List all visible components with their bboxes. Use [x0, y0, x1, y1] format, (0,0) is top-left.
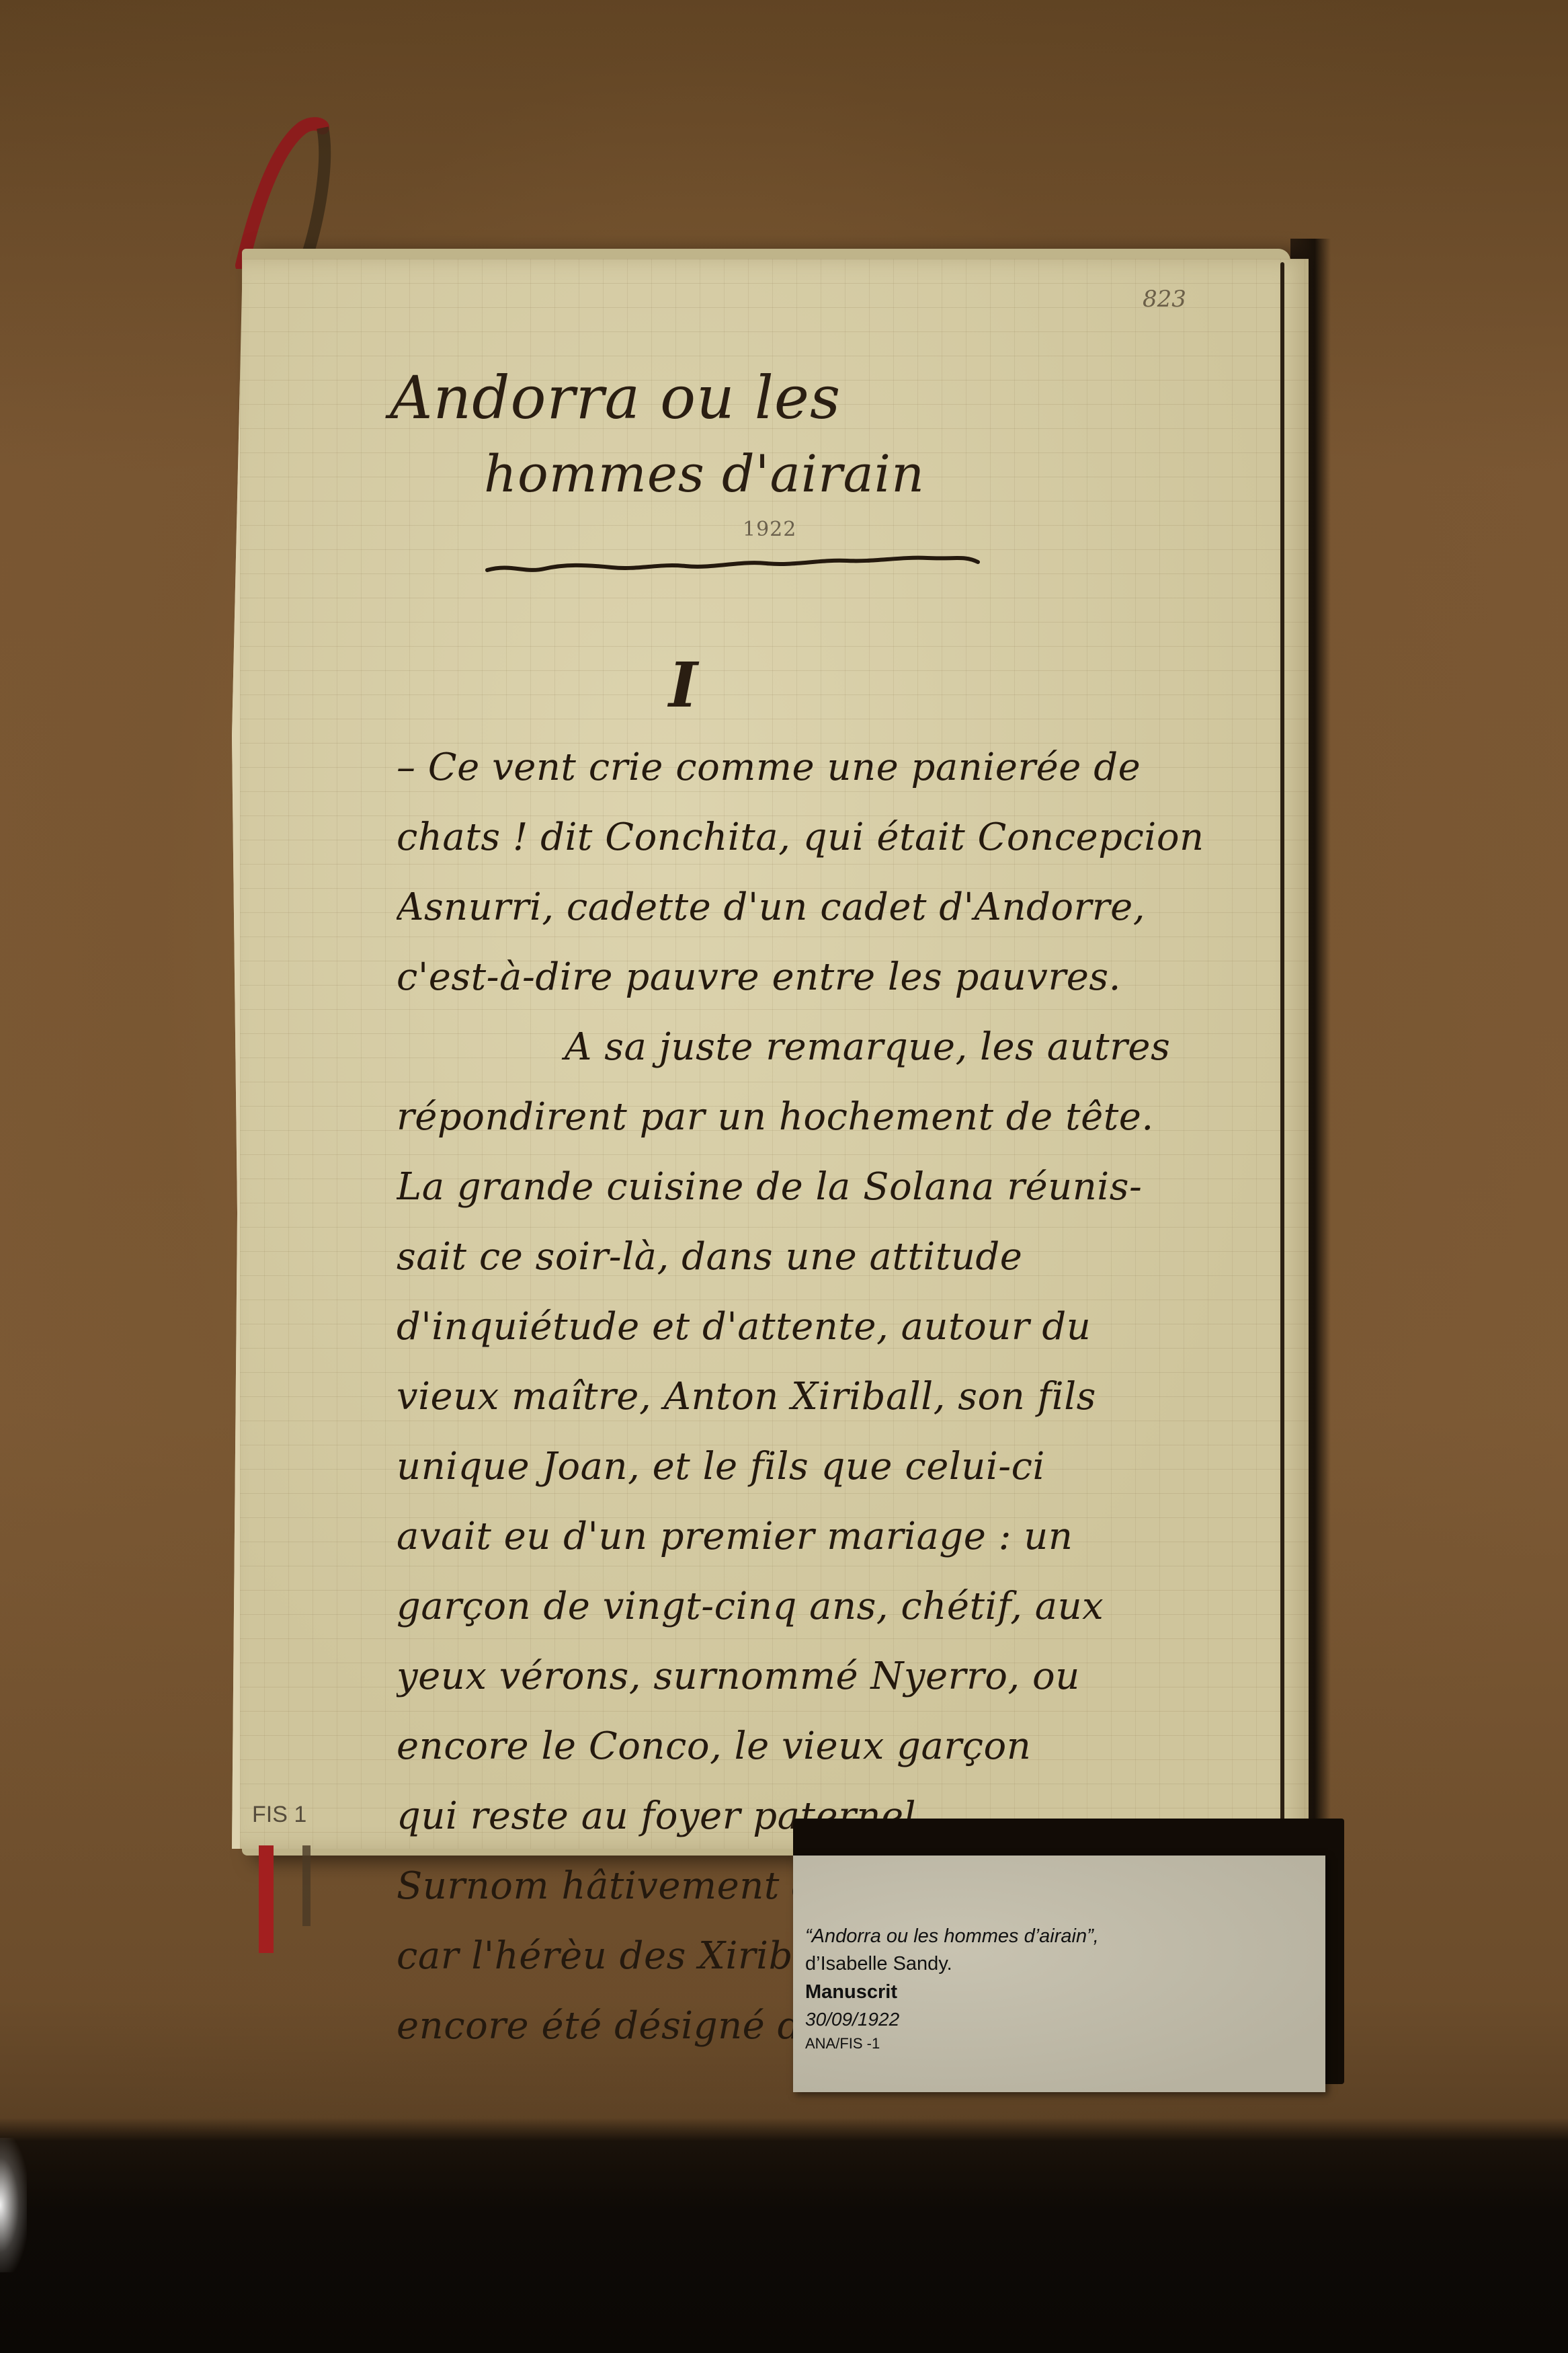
manuscript-line: sait ce soir-là, dans une attitude: [397, 1222, 1284, 1292]
title-underline-flourish: [484, 550, 981, 577]
ribbon-bookmark-top: [229, 108, 363, 269]
display-case-shadow: [0, 2118, 1568, 2353]
label-reference: ANA/FIS -1: [805, 2033, 1325, 2055]
manuscript-line: yeux vérons, surnommé Nyerro, ou: [397, 1642, 1284, 1712]
exhibit-label-card: “Andorra ou les hommes d’airain”, d’Isab…: [793, 1856, 1325, 2092]
manuscript-line: répondirent par un hochement de tête.: [397, 1082, 1284, 1152]
manuscript-line: garçon de vingt-cinq ans, chétif, aux: [397, 1572, 1284, 1642]
archive-pencil-mark: FIS 1: [252, 1802, 306, 1828]
glass-glare: [0, 2138, 27, 2272]
manuscript-line: unique Joan, et le fils que celui-ci: [397, 1432, 1284, 1502]
manuscript-title-line-2: hommes d'airain: [484, 444, 925, 504]
ribbon-bookmark-bottom: [239, 1845, 319, 1953]
manuscript-line: Asnurri, cadette d'un cadet d'Andorre,: [397, 873, 1284, 943]
corner-page-number: 823: [1143, 286, 1186, 313]
pencil-year-annotation: 1922: [743, 518, 796, 541]
manuscript-line: c'est-à-dire pauvre entre les pauvres.: [397, 943, 1284, 1012]
manuscript-line: encore le Conco, le vieux garçon: [397, 1712, 1284, 1782]
manuscript-line: d'inquiétude et d'attente, autour du: [397, 1292, 1284, 1362]
chapter-numeral: I: [669, 649, 698, 721]
manuscript-line: vieux maître, Anton Xiriball, son fils: [397, 1362, 1284, 1432]
label-author: d’Isabelle Sandy.: [805, 1950, 1325, 1978]
manuscript-line: chats ! dit Conchita, qui était Concepci…: [397, 803, 1284, 873]
label-date: 30/09/1922: [805, 2006, 1325, 2033]
manuscript-line: A sa juste remarque, les autres: [397, 1012, 1284, 1082]
manuscript-line: La grande cuisine de la Solana réunis-: [397, 1152, 1284, 1222]
label-item-type: Manuscrit: [805, 1978, 1325, 2006]
manuscript-title-line-1: Andorra ou les: [390, 363, 841, 432]
label-title: “Andorra ou les hommes d’airain”,: [805, 1923, 1325, 1950]
manuscript-line: avait eu d'un premier mariage : un: [397, 1502, 1284, 1572]
manuscript-line: – Ce vent crie comme une panierée de: [397, 733, 1284, 803]
